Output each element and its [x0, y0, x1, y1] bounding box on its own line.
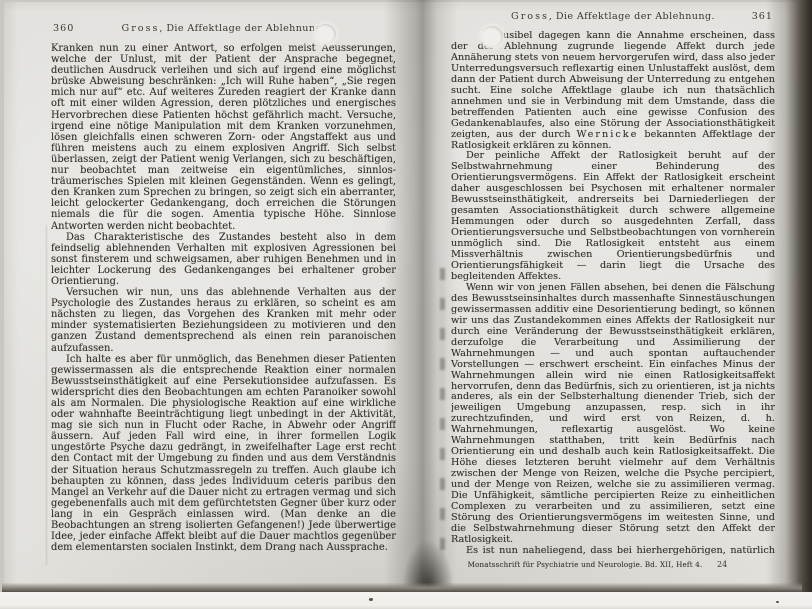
- paragraph: Versuchen wir nun, uns das ablehnende Ve…: [51, 287, 396, 354]
- right-header-title: Gross, Die Affektlage der Ablehnung.: [451, 11, 775, 22]
- journal-footer: Monatsschrift für Psychiatrie und Neurol…: [451, 560, 775, 569]
- gutter-bottom-shadow: [396, 498, 460, 590]
- right-body-text: usibel dagegen kann die Annahme erschein…: [451, 31, 775, 557]
- text-run: Wenn wir von jenen Fällen absehen, bei d…: [451, 282, 775, 545]
- right-page-column: Gross, Die Affektlage der Ablehnung. 361…: [451, 11, 775, 557]
- text-run: Versuchen wir nun, uns das ablehnende Ve…: [51, 287, 396, 353]
- paper-blotch-right: [481, 26, 503, 47]
- spaced-name: Gross: [122, 23, 160, 34]
- scanner-bed-strip: [0, 592, 812, 609]
- ink-dot: [776, 601, 779, 603]
- left-body-text: Kranken nun zu einer Antwort, so erfolge…: [51, 43, 396, 553]
- scanned-book-spread: 360 Gross, Die Affektlage der Ablehnung.…: [0, 0, 812, 609]
- page-edge-bottom: [2, 583, 802, 592]
- text-run: , Die Affektlage der Ablehnung.: [159, 23, 325, 34]
- paragraph: Der peinliche Affekt der Ratlosigkeit be…: [451, 151, 775, 282]
- paragraph: usibel dagegen kann die Annahme erschein…: [451, 31, 775, 151]
- spaced-name: Gross: [511, 11, 549, 22]
- paragraph: Kranken nun zu einer Antwort, so erfolge…: [51, 43, 396, 232]
- paper-blotch-left: [315, 24, 336, 44]
- spaced-name: Wernicke: [577, 129, 639, 140]
- paragraph: Es ist nun naheliegend, dass bei hierher…: [451, 546, 775, 557]
- sheet-signature-number: 24: [717, 560, 727, 569]
- left-header-title: Gross, Die Affektlage der Ablehnung.: [51, 23, 396, 34]
- left-running-header: 360 Gross, Die Affektlage der Ablehnung.: [51, 23, 396, 37]
- left-page-column: 360 Gross, Die Affektlage der Ablehnung.…: [51, 23, 396, 571]
- text-run: Kranken nun zu einer Antwort, so erfolge…: [51, 43, 396, 232]
- paragraph: Wenn wir von jenen Fällen absehen, bei d…: [451, 283, 775, 546]
- crease-line: [46, 225, 47, 565]
- text-run: Es ist nun naheliegend, dass bei hierher…: [451, 545, 775, 557]
- ink-dot: [369, 598, 373, 601]
- paragraph: Ich halte es aber für unmöglich, das Ben…: [51, 354, 396, 554]
- text-run: usibel dagegen kann die Annahme erschein…: [451, 30, 775, 140]
- text-run: Das Charakteristische des Zustandes best…: [51, 232, 396, 287]
- paragraph: Das Charakteristische des Zustandes best…: [51, 232, 396, 287]
- book-edge-right: [766, 0, 812, 592]
- text-run: Ich halte es aber für unmöglich, das Ben…: [51, 354, 396, 554]
- gutter-ink-flecks: [440, 268, 445, 558]
- text-run: Der peinliche Affekt der Ratlosigkeit be…: [451, 150, 775, 281]
- left-page-number: 360: [53, 23, 74, 34]
- right-running-header: Gross, Die Affektlage der Ablehnung. 361: [451, 11, 775, 25]
- text-run: , Die Affektlage der Ablehnung.: [549, 11, 715, 22]
